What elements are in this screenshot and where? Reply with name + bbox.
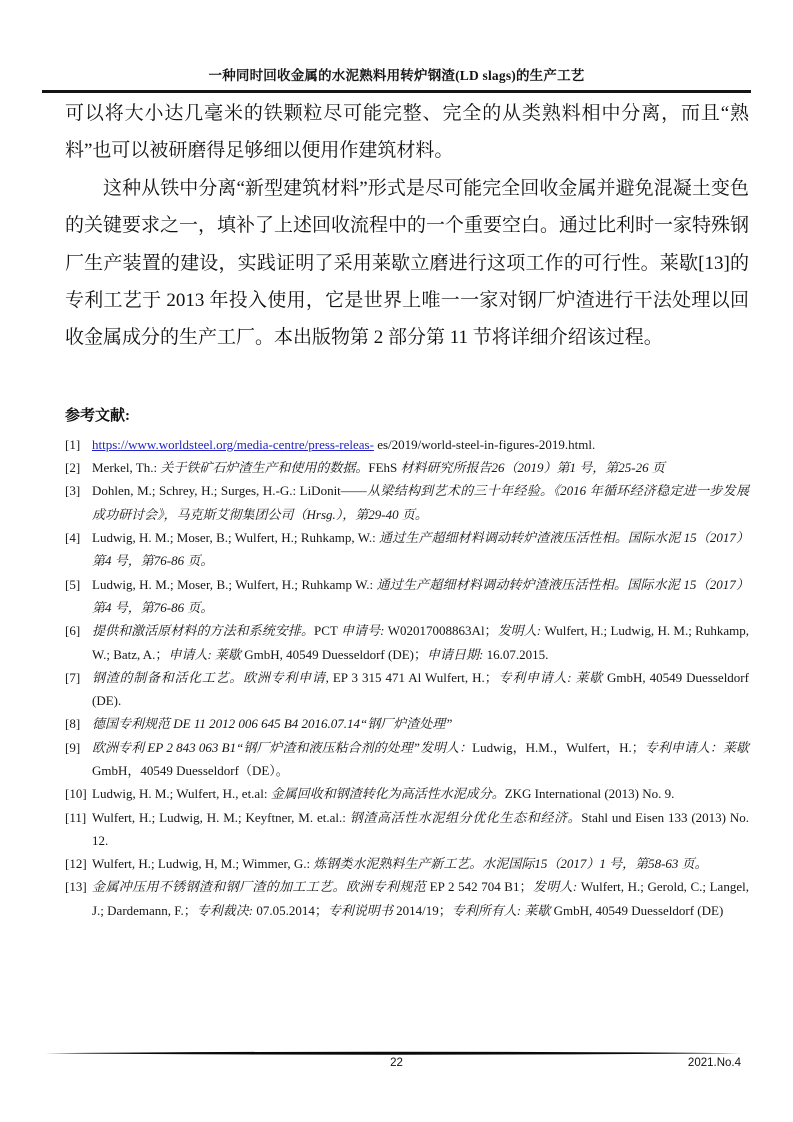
reference-item: [3]Dohlen, M.; Schrey, H.; Surges, H.-G.… — [65, 479, 749, 526]
reference-segment: 专利裁决: — [197, 903, 257, 918]
references-list: [1]https://www.worldsteel.org/media-cent… — [65, 433, 749, 922]
reference-text: 金属冲压用不锈钢渣和钢厂渣的加工工艺。欧洲专利规范 EP 2 542 704 B… — [92, 879, 749, 917]
reference-segment: 炼钢类水泥熟料生产新工艺。水泥国际15（2017）1 号，第58-63 页。 — [313, 856, 707, 871]
reference-segment: Ludwig, H. M.; Moser, B.; Wulfert, H.; R… — [92, 530, 379, 545]
reference-item: [10]Ludwig, H. M.; Wulfert, H., et.al: 金… — [65, 782, 749, 805]
reference-item: [12]Wulfert, H.; Ludwig, H, M.; Wimmer, … — [65, 852, 749, 875]
reference-segment: 提供和激活原材料的方法和系统安排。 — [92, 623, 314, 638]
reference-number: [7] — [65, 666, 80, 689]
reference-text: 欧洲专利 EP 2 843 063 B1“钢厂炉渣和液压粘合剂的处理”发明人：L… — [92, 740, 749, 778]
reference-number: [1] — [65, 433, 80, 456]
reference-segment: 金属冲压用不锈钢渣和钢厂渣的加工工艺。欧洲专利规范 — [92, 879, 430, 894]
reference-segment: 材料研究所报告26（2019）第1 号，第25-26 页 — [401, 460, 665, 475]
reference-number: [2] — [65, 456, 80, 479]
reference-number: [11] — [65, 806, 86, 829]
reference-text: Wulfert, H.; Ludwig, H, M.; Wimmer, G.: … — [92, 856, 708, 871]
reference-segment: GmbH, 40549 Duesseldorf (DE)； — [244, 647, 427, 662]
reference-segment: W02017008863Al； — [388, 623, 498, 638]
reference-link[interactable]: https://www.worldsteel.org/media-centre/… — [92, 437, 374, 452]
reference-item: [7]钢渣的制备和活化工艺。欧洲专利申请, EP 3 315 471 Al Wu… — [65, 666, 749, 713]
reference-segment: 07.05.2014； — [256, 903, 328, 918]
reference-segment: PCT — [314, 623, 341, 638]
reference-segment: ZKG International (2013) No. 9. — [505, 786, 675, 801]
reference-item: [2]Merkel, Th.: 关于铁矿石炉渣生产和使用的数据。FEhS 材料研… — [65, 456, 749, 479]
reference-segment: 关于铁矿石炉渣生产和使用的数据。 — [160, 460, 368, 475]
reference-number: [8] — [65, 712, 80, 735]
reference-segment: 德国专利规范 DE 11 2012 006 645 B4 2016.07.14“… — [92, 716, 453, 731]
running-header-title: 一种同时回收金属的水泥熟料用转炉钢渣(LD slags)的生产工艺 — [42, 64, 751, 84]
page-number: 22 — [0, 1057, 793, 1069]
reference-segment: 专利所有人: 莱歇 — [452, 903, 554, 918]
reference-segment: 金属回收和钢渣转化为高活性水泥成分。 — [271, 786, 505, 801]
reference-segment: Ludwig，H.M.，Wulfert，H.； — [472, 740, 645, 755]
reference-segment: EP 2 542 704 B1； — [430, 879, 533, 894]
reference-text: Merkel, Th.: 关于铁矿石炉渣生产和使用的数据。FEhS 材料研究所报… — [92, 460, 665, 475]
reference-segment: 16.07.2015. — [487, 647, 549, 662]
reference-item: [6]提供和激活原材料的方法和系统安排。PCT 申请号: W0201700886… — [65, 619, 749, 666]
reference-segment: GmbH，40549 Duesseldorf（DE）。 — [92, 763, 289, 778]
reference-segment: Ludwig, H. M.; Moser, B.; Wulfert, H.; R… — [92, 577, 377, 592]
reference-segment: 申请人: 莱歇 — [168, 647, 244, 662]
reference-segment: GmbH, 40549 Duesseldorf (DE) — [554, 903, 724, 918]
header-rule — [42, 90, 751, 93]
page-content: 可以将大小达几毫米的铁颗粒尽可能完整、完全的从类熟料相中分离，而且“熟料”也可以… — [65, 95, 749, 922]
reference-text: Dohlen, M.; Schrey, H.; Surges, H.-G.: L… — [92, 483, 749, 521]
reference-segment: 发明人: — [532, 879, 580, 894]
reference-segment: Merkel, Th.: — [92, 460, 160, 475]
reference-item: [9]欧洲专利 EP 2 843 063 B1“钢厂炉渣和液压粘合剂的处理”发明… — [65, 736, 749, 783]
reference-item: [5]Ludwig, H. M.; Moser, B.; Wulfert, H.… — [65, 573, 749, 620]
reference-text: 提供和激活原材料的方法和系统安排。PCT 申请号: W02017008863Al… — [92, 623, 749, 661]
reference-number: [3] — [65, 479, 80, 502]
reference-segment: 专利申请人: 莱歇 — [498, 670, 607, 685]
footer-rule — [45, 1050, 741, 1057]
reference-text: Ludwig, H. M.; Wulfert, H., et.al: 金属回收和… — [92, 786, 674, 801]
body-paragraph-2: 这种从铁中分离“新型建筑材料”形式是尽可能完全回收金属并避免混凝土变色的关键要求… — [65, 170, 749, 357]
reference-segment: es/2019/world-steel-in-figures-2019.html… — [374, 437, 595, 452]
reference-text: https://www.worldsteel.org/media-centre/… — [92, 437, 595, 452]
document-page: 一种同时回收金属的水泥熟料用转炉钢渣(LD slags)的生产工艺 可以将大小达… — [0, 0, 793, 1122]
reference-segment: 申请号: — [341, 623, 388, 638]
reference-segment: Dohlen, M.; Schrey, H.; Surges, H.-G.: L… — [92, 483, 367, 498]
reference-segment: 钢渣高活性水泥组分优化生态和经济。 — [350, 810, 582, 825]
reference-segment: Ludwig, H. M.; Wulfert, H., et.al: — [92, 786, 271, 801]
reference-number: [13] — [65, 875, 87, 898]
reference-text: Wulfert, H.; Ludwig, H. M.; Keyftner, M.… — [92, 810, 749, 848]
reference-segment: EP 3 315 471 Al Wulfert, H.； — [333, 670, 498, 685]
reference-segment: 欧洲专利 EP 2 843 063 B1“钢厂炉渣和液压粘合剂的处理”发明人： — [92, 740, 472, 755]
reference-segment: 专利说明书 — [328, 903, 396, 918]
reference-text: 德国专利规范 DE 11 2012 006 645 B4 2016.07.14“… — [92, 716, 453, 731]
reference-number: [6] — [65, 619, 80, 642]
reference-text: Ludwig, H. M.; Moser, B.; Wulfert, H.; R… — [92, 530, 749, 568]
reference-item: [8]德国专利规范 DE 11 2012 006 645 B4 2016.07.… — [65, 712, 749, 735]
reference-segment: 专利申请人：莱歇 — [645, 740, 749, 755]
reference-segment: 申请日期: — [427, 647, 487, 662]
reference-segment: 钢渣的制备和活化工艺。欧洲专利申请, — [92, 670, 333, 685]
body-paragraph-1: 可以将大小达几毫米的铁颗粒尽可能完整、完全的从类熟料相中分离，而且“熟料”也可以… — [65, 95, 749, 170]
reference-segment: 2014/19； — [396, 903, 452, 918]
reference-item: [13]金属冲压用不锈钢渣和钢厂渣的加工工艺。欧洲专利规范 EP 2 542 7… — [65, 875, 749, 922]
reference-number: [12] — [65, 852, 87, 875]
reference-number: [5] — [65, 573, 80, 596]
references-heading: 参考文献: — [65, 404, 749, 425]
reference-number: [4] — [65, 526, 80, 549]
reference-number: [9] — [65, 736, 80, 759]
reference-text: Ludwig, H. M.; Moser, B.; Wulfert, H.; R… — [92, 577, 749, 615]
reference-item: [11]Wulfert, H.; Ludwig, H. M.; Keyftner… — [65, 806, 749, 853]
issue-label: 2021.No.4 — [688, 1057, 741, 1069]
reference-segment: Wulfert, H.; Ludwig, H, M.; Wimmer, G.: — [92, 856, 313, 871]
reference-text: 钢渣的制备和活化工艺。欧洲专利申请, EP 3 315 471 Al Wulfe… — [92, 670, 749, 708]
reference-segment: FEhS — [368, 460, 400, 475]
reference-item: [1]https://www.worldsteel.org/media-cent… — [65, 433, 749, 456]
reference-item: [4]Ludwig, H. M.; Moser, B.; Wulfert, H.… — [65, 526, 749, 573]
reference-segment: 发明人: — [498, 623, 545, 638]
reference-segment: Wulfert, H.; Ludwig, H. M.; Keyftner, M.… — [92, 810, 350, 825]
reference-number: [10] — [65, 782, 87, 805]
